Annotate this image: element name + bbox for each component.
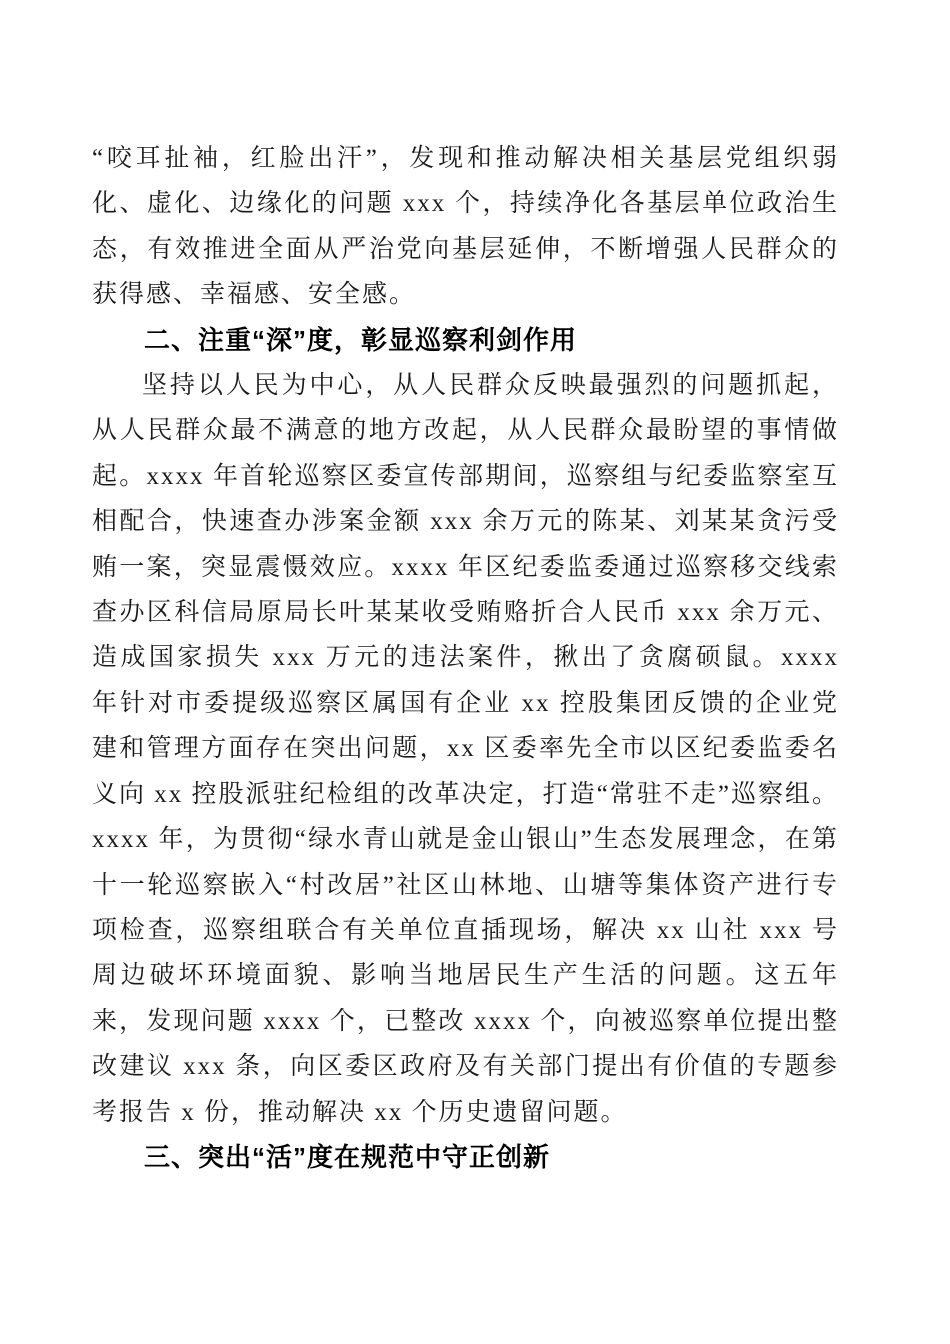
document-content: “咬耳扯袖，红脸出汗”，发现和推动解决相关基层党组织弱化、虚化、边缘化的问题 x… <box>92 136 839 1180</box>
document-page: “咬耳扯袖，红脸出汗”，发现和推动解决相关基层党组织弱化、虚化、边缘化的问题 x… <box>0 0 950 1344</box>
section-heading-3: 三、突出“活”度在规范中守正创新 <box>92 1135 839 1180</box>
section-heading-2: 二、注重“深”度，彰显巡察利剑作用 <box>92 318 839 363</box>
section-2-paragraph: 坚持以人民为中心，从人民群众反映最强烈的问题抓起，从人民群众最不满意的地方改起，… <box>92 363 839 1135</box>
paragraph-continuation: “咬耳扯袖，红脸出汗”，发现和推动解决相关基层党组织弱化、虚化、边缘化的问题 x… <box>92 136 839 318</box>
